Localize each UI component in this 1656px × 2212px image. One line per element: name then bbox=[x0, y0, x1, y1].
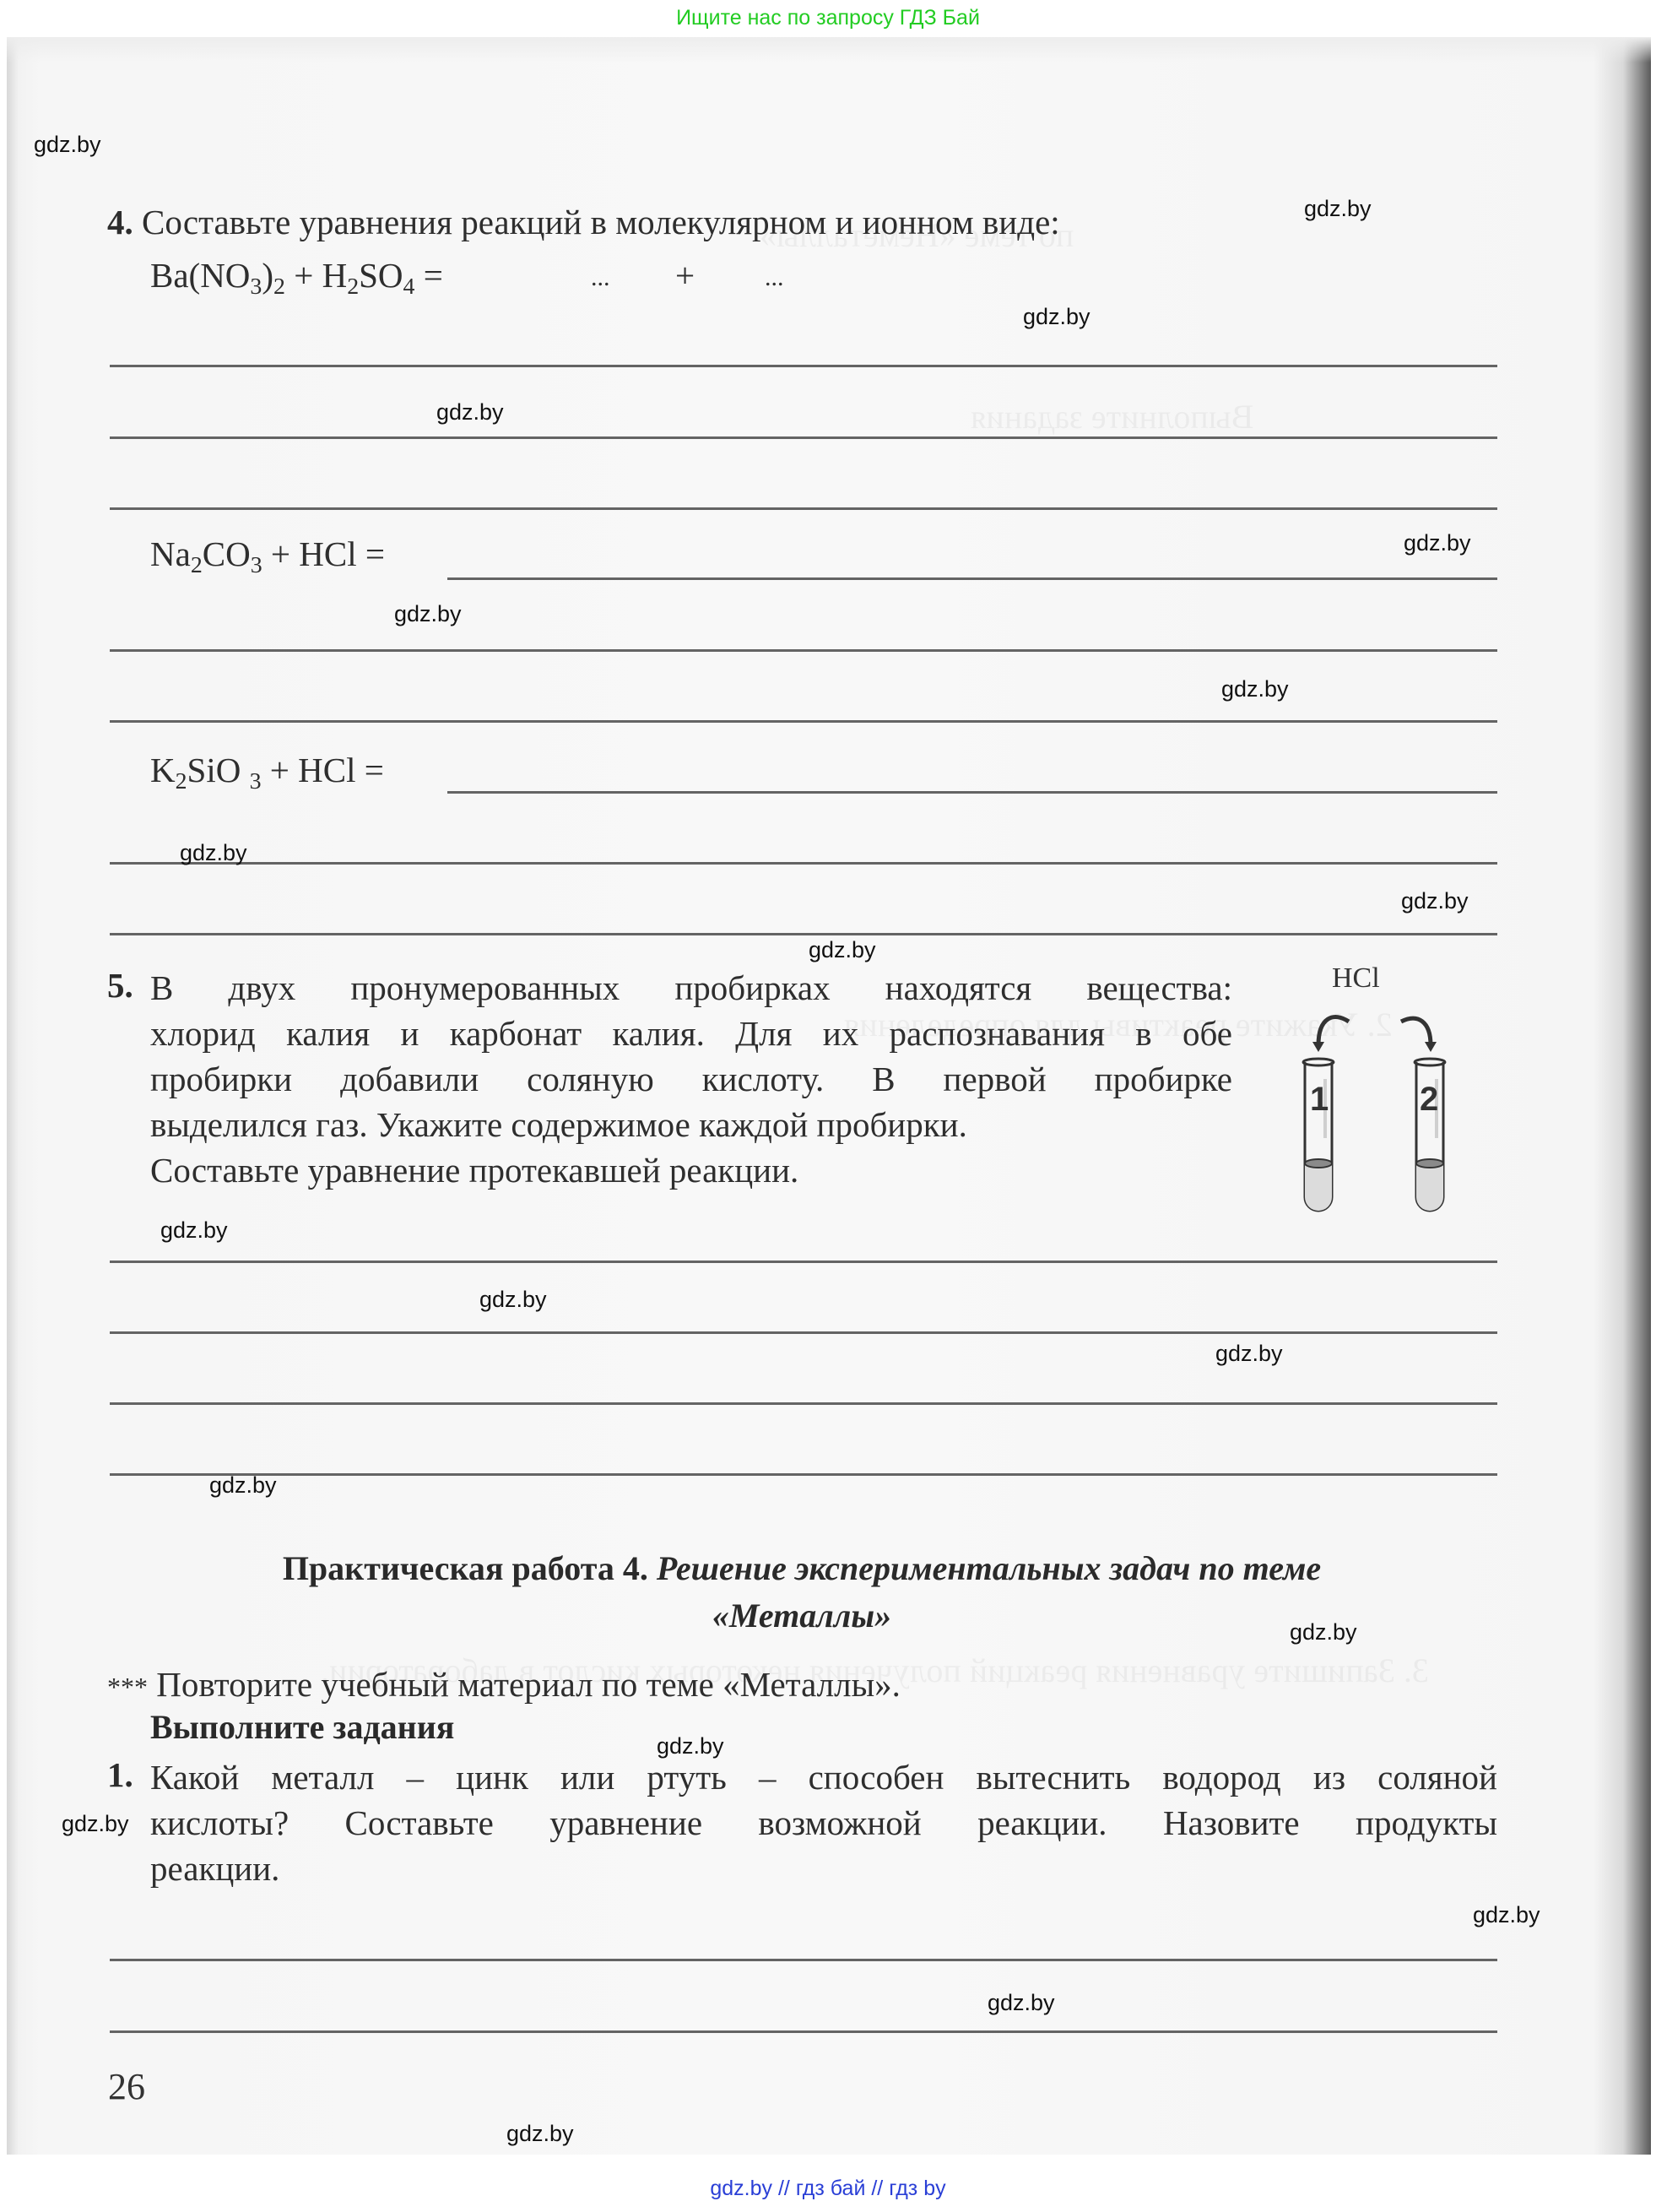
watermark: gdz.by bbox=[988, 1990, 1055, 2016]
tasks-subheading: Выполните задания bbox=[150, 1707, 454, 1747]
answer-line[interactable] bbox=[110, 1959, 1497, 1961]
watermark: gdz.by bbox=[1304, 196, 1372, 222]
watermark: gdz.by bbox=[809, 937, 876, 963]
task5-text: В двух пронумерованных пробирках находят… bbox=[150, 965, 1232, 1193]
answer-line[interactable] bbox=[110, 436, 1497, 439]
watermark: gdz.by bbox=[657, 1733, 724, 1759]
answer-line[interactable] bbox=[110, 1473, 1497, 1476]
watermark: gdz.by bbox=[1221, 676, 1289, 702]
answer-line[interactable] bbox=[110, 649, 1497, 652]
page-top-shadow bbox=[7, 37, 1651, 62]
watermark: gdz.by bbox=[1023, 304, 1090, 330]
review-instruction: *** Повторите учебный материал по теме «… bbox=[107, 1663, 901, 1708]
test-tube-icon bbox=[1266, 954, 1502, 1233]
watermark: gdz.by bbox=[1401, 888, 1469, 914]
review-marker: *** bbox=[107, 1672, 148, 1702]
watermark: gdz.by bbox=[1473, 1902, 1540, 1928]
watermark: gdz.by bbox=[1215, 1341, 1283, 1367]
plus-sign: + bbox=[675, 255, 695, 295]
practical-title-topic: «Металлы» bbox=[712, 1597, 891, 1635]
watermark: gdz.by bbox=[62, 1811, 129, 1837]
watermark: gdz.by bbox=[209, 1472, 277, 1499]
answer-line[interactable] bbox=[110, 2030, 1497, 2033]
tube2-label: 2 bbox=[1420, 1081, 1438, 1119]
answer-line[interactable] bbox=[110, 862, 1497, 865]
show-through-text: Выполните задания bbox=[971, 397, 1253, 436]
answer-line[interactable] bbox=[110, 1402, 1497, 1405]
tube1-label: 1 bbox=[1310, 1081, 1329, 1119]
page-number: 26 bbox=[108, 2065, 145, 2108]
watermark: gdz.by bbox=[34, 132, 101, 158]
product-placeholder-2: ... bbox=[765, 263, 784, 292]
answer-line[interactable] bbox=[110, 933, 1497, 935]
task5-number: 5. bbox=[107, 965, 133, 1006]
answer-line[interactable] bbox=[110, 720, 1497, 723]
answer-line[interactable] bbox=[447, 577, 1497, 580]
answer-line[interactable] bbox=[110, 365, 1497, 367]
answer-line[interactable] bbox=[110, 1331, 1497, 1334]
practical-work-title: Практическая работа 4. Решение экспериме… bbox=[160, 1545, 1443, 1640]
watermark: gdz.by bbox=[479, 1287, 547, 1313]
equation-ba-no3-h2so4: Ba(NO3)2 + H2SO4 = ... + ... bbox=[150, 255, 443, 295]
practical-task1-number: 1. bbox=[107, 1754, 133, 1795]
answer-line[interactable] bbox=[447, 791, 1497, 794]
task4-number: 4. bbox=[107, 203, 133, 241]
test-tubes-figure: HCl 1 2 bbox=[1266, 954, 1502, 1233]
product-placeholder-1: ... bbox=[591, 263, 610, 292]
task4-prompt: Составьте уравнения реакций в молекулярн… bbox=[142, 203, 1060, 241]
watermark: gdz.by bbox=[506, 2121, 574, 2147]
task4-heading: 4. Составьте уравнения реакций в молекул… bbox=[107, 201, 1060, 243]
footer-links[interactable]: gdz.by // гдз бай // гдз by bbox=[0, 2177, 1656, 2201]
practical-title-plain: Практическая работа 4. bbox=[283, 1549, 657, 1587]
answer-line[interactable] bbox=[110, 507, 1497, 510]
equation-na2co3-hcl: Na2CO3 + HCl = bbox=[150, 534, 385, 574]
answer-line[interactable] bbox=[110, 1261, 1497, 1263]
equation-k2sio3-hcl: K2SiO 3 + HCl = bbox=[150, 750, 384, 790]
watermark: gdz.by bbox=[394, 601, 462, 627]
watermark: gdz.by bbox=[1404, 530, 1471, 556]
practical-title-italic: Решение экспериментальных задач по теме bbox=[657, 1549, 1321, 1587]
watermark: gdz.by bbox=[436, 399, 504, 426]
watermark: gdz.by bbox=[1290, 1619, 1357, 1645]
watermark: gdz.by bbox=[160, 1217, 228, 1244]
top-banner[interactable]: Ищите нас по запросу ГДЗ Бай bbox=[0, 0, 1656, 37]
practical-task1-text: Какой металл – цинк или ртуть – способен… bbox=[150, 1754, 1497, 1891]
watermark: gdz.by bbox=[180, 840, 247, 866]
